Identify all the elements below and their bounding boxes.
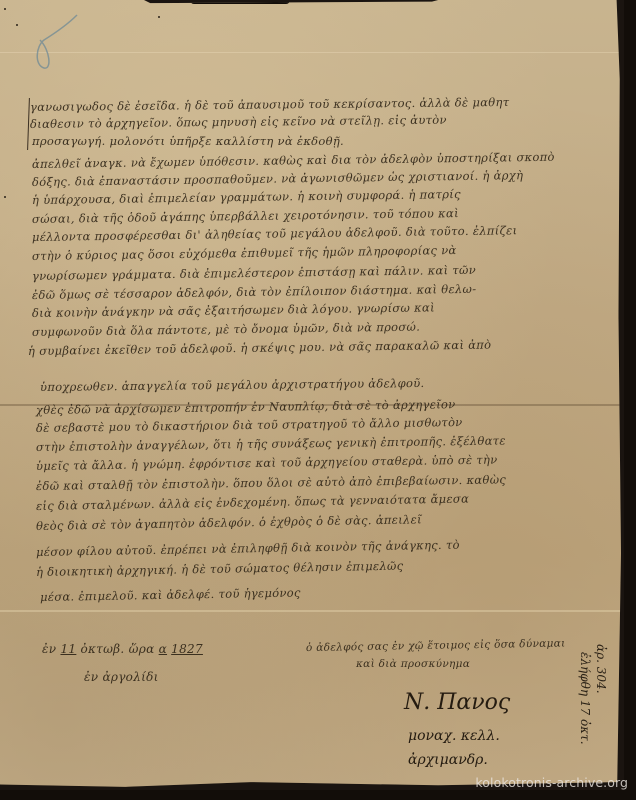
body-line: γανωσιγωδος δὲ ἐσεῖδα. ἡ δὲ τοῦ ἀπαυσιμο…: [30, 95, 509, 114]
place-line: ἐν ἀργολίδι: [84, 670, 159, 684]
date-line: ἐν 11 ὀκτωβ. ὥρα α 1827: [42, 642, 203, 656]
ink-speck: [16, 24, 18, 26]
body-line: ὑμεῖς τὰ ἄλλα. ἡ γνώμη. ἐφρόντισε καὶ το…: [36, 453, 498, 473]
closing-line: ὁ ἀδελφός σας ἐν χῷ ἕτοιμος εἰς ὅσα δύνα…: [306, 637, 566, 654]
body-line: μέσον φίλου αὐτοῦ. ἐπρέπει νὰ ἐπιληφθῇ δ…: [36, 538, 460, 559]
date-year: 1827: [171, 642, 203, 656]
body-line: θεὸς διὰ σὲ τὸν ἀγαπητὸν ἀδελφόν. ὁ ἐχθρ…: [36, 512, 422, 533]
received-note: ἐλήφθη 17 ὀκτ.: [578, 652, 592, 745]
body-line: μέλλοντα προσφέρεσθαι δι' ἀληθείας τοῦ μ…: [32, 223, 518, 244]
manuscript-page: γανωσιγωδος δὲ ἐσεῖδα. ἡ δὲ τοῦ ἀπαυσιμο…: [0, 0, 626, 790]
archive-number: ἀρ. 304.: [594, 644, 608, 694]
body-line: ἐδῶ καὶ σταλθῇ τὸν ἐπιστολὴν. ὅπου ὅλοι …: [36, 472, 506, 493]
pencil-mark-icon: [22, 10, 82, 70]
scan-border: [624, 0, 636, 800]
body-line: διαθεσιν τὸ ἀρχηγεῖον. ὅπως μηνυσὴ εἰς κ…: [30, 113, 447, 131]
body-line: στὴν ἐπιστολὴν ἀναγγέλων, ὅτι ἡ τῆς συνά…: [36, 433, 506, 454]
torn-edge: [190, 0, 290, 4]
body-line: δόξης. διὰ ἐπαναστάσιν προσπαθοῦμεν. νὰ …: [32, 168, 523, 189]
body-line: ἡ ὑπάρχουσα, διαὶ ἐπιμελείαν γραμμάτων. …: [32, 187, 461, 207]
body-line: μέσα. ἐπιμελοῦ. καὶ ἀδελφέ. τοῦ ἡγεμόνος: [40, 585, 301, 604]
body-line: ὑποχρεωθεν. ἀπαγγελία τοῦ μεγάλου ἀρχιστ…: [40, 376, 425, 394]
body-line: σώσαι, διὰ τῆς ὁδοῦ ἀγάπης ὑπερβάλλει χε…: [32, 206, 459, 226]
body-line: συμφωνοῦν διὰ ὅλα πάντοτε, μὲ τὸ ὄνομα ὑ…: [32, 320, 420, 339]
body-line: ἐδῶ ὅμως σὲ τέσσαρον ἀδελφόν, διὰ τὸν ἐπ…: [32, 282, 477, 302]
body-line: στὴν ὁ κύριος μας ὅσοι εὐχόμεθα ἐπιθυμεῖ…: [32, 243, 457, 263]
body-line: εἰς διὰ σταλμένων. ἀλλὰ εἰς ἐνδεχομένη. …: [36, 491, 469, 513]
date-hour: α: [159, 642, 167, 656]
signature-name: Ν. Πανος: [404, 690, 510, 715]
body-line: γνωρίσωμεν γράμματα. διὰ ἐπιμελέστερον ἐ…: [32, 263, 476, 283]
ink-speck: [4, 196, 6, 198]
body-line: ἡ συμβαίνει ἐκεῖθεν τοῦ ἀδελφοῦ. ἡ σκέψι…: [28, 338, 492, 358]
ink-speck: [4, 8, 6, 10]
body-line: ἡ διοικητικὴ ἀρχηγική. ἡ δὲ τοῦ σώματος …: [36, 559, 404, 579]
body-line: διὰ κοινὴν ἀνάγκην νὰ σᾶς ἐξαιτήσωμεν δι…: [32, 300, 435, 320]
body-line: χθὲς ἐδῶ νὰ ἀρχίσωμεν ἐπιτροπήν ἐν Ναυπλ…: [36, 397, 456, 417]
body-line: προσαγωγή. μολονότι ὑπῆρξε καλλίστη νὰ ἐ…: [32, 134, 344, 148]
signature-rank: ἀρχιμανδρ.: [408, 752, 488, 768]
signature-title: μοναχ. κελλ.: [408, 728, 500, 744]
paper-fold: [0, 610, 626, 612]
date-day: 11: [60, 642, 76, 656]
scan-border: [0, 790, 636, 800]
archive-watermark: kolokotronis-archive.org: [475, 775, 628, 790]
date-month: ὀκτωβ.: [80, 642, 124, 656]
paper-fold: [0, 52, 626, 53]
ink-speck: [158, 16, 160, 18]
closing-line: καὶ διὰ προσκύνημα: [356, 658, 470, 670]
body-line: δὲ σεβαστὲ μου τὸ δικαστήριον διὰ τοῦ στ…: [36, 415, 463, 435]
